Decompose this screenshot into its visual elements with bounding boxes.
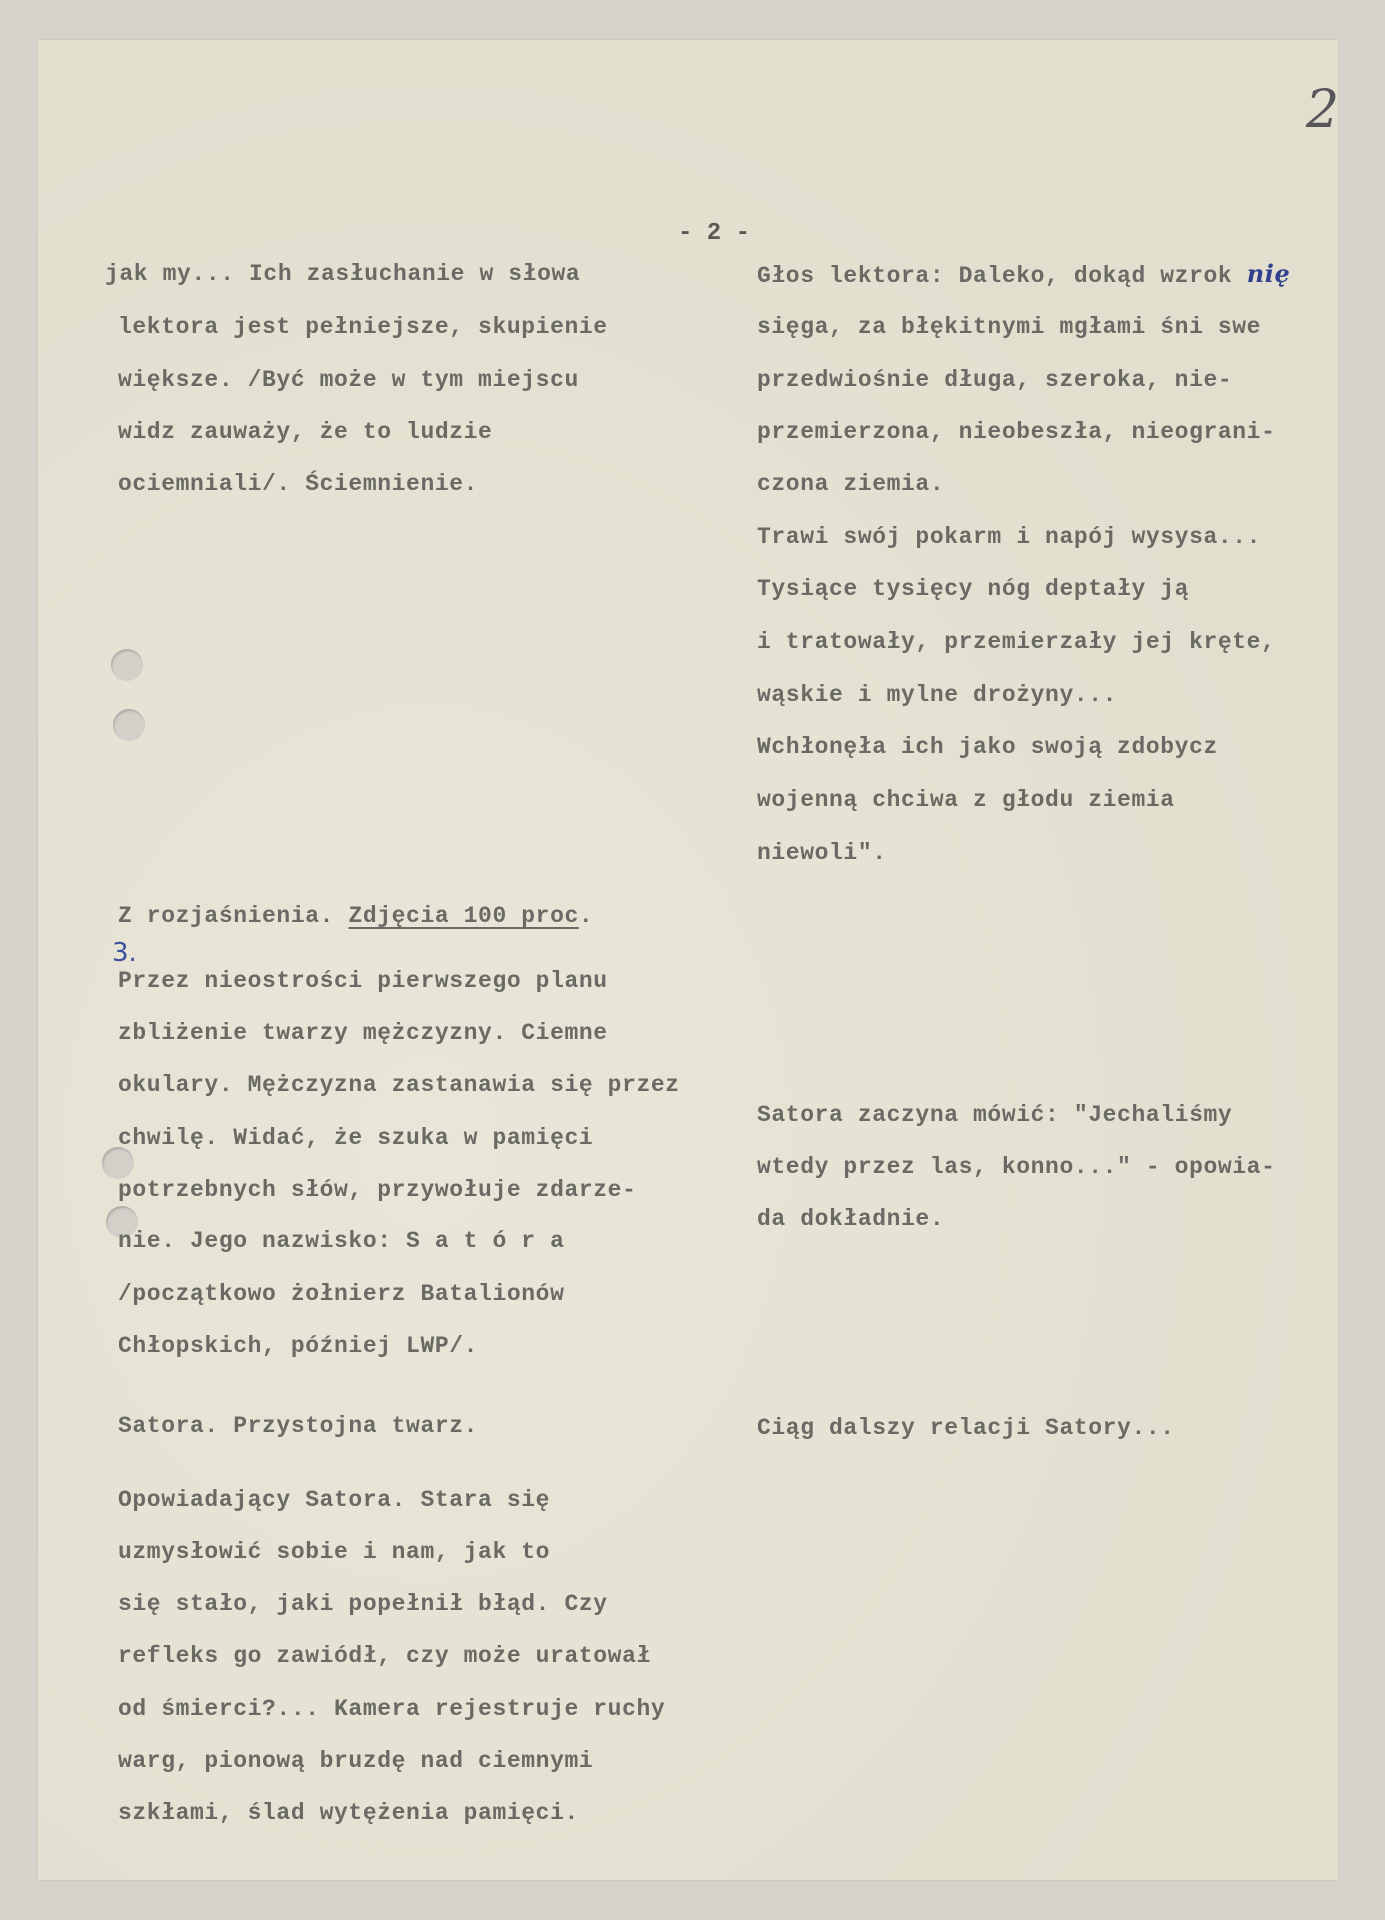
- left-line: Przez nieostrości pierwszego planu: [118, 967, 608, 995]
- left-line: /początkowo żołnierz Batalionów: [118, 1280, 564, 1308]
- heading-underlined: Zdjęcia 100 proc: [348, 903, 578, 929]
- left-line: chwilę. Widać, że szuka w pamięci: [118, 1124, 593, 1152]
- right-line: przedwiośnie długa, szeroka, nie-: [757, 366, 1232, 394]
- heading-suffix: .: [579, 903, 593, 929]
- left-line: warg, pionową bruzdę nad ciemnymi: [118, 1747, 593, 1775]
- right-line: niewoli".: [757, 839, 887, 867]
- right-line: wąskie i mylne drożyny...: [757, 681, 1117, 709]
- left-line: lektora jest pełniejsze, skupienie: [118, 313, 608, 341]
- right-line: wtedy przez las, konno..." - opowia-: [757, 1153, 1275, 1181]
- left-line: szkłami, ślad wytężenia pamięci.: [118, 1799, 579, 1827]
- left-line: uzmysłowić sobie i nam, jak to: [118, 1538, 550, 1566]
- right-line: sięga, za błękitnymi mgłami śni swe: [757, 313, 1261, 341]
- left-line: większe. /Być może w tym miejscu: [118, 366, 579, 394]
- handwritten-correction: nię: [1247, 259, 1291, 288]
- typewritten-page: 2 - 2 - jak my... Ich zasłuchanie w słow…: [38, 40, 1338, 1880]
- section-number: 3.: [112, 938, 137, 968]
- typed-page-number: - 2 -: [678, 220, 750, 247]
- left-line: Satora. Przystojna twarz.: [118, 1412, 478, 1440]
- right-line: Ciąg dalszy relacji Satory...: [757, 1414, 1175, 1442]
- left-line: się stało, jaki popełnił błąd. Czy: [118, 1590, 608, 1618]
- right-line: Tysiące tysięcy nóg deptały ją: [757, 575, 1189, 603]
- left-line: nie. Jego nazwisko: S a t ó r a: [118, 1227, 564, 1255]
- punch-hole: [113, 709, 145, 741]
- right-line: Głos lektora: Daleko, dokąd wzrok nię: [757, 260, 1290, 290]
- right-line: Satora zaczyna mówić: "Jechaliśmy: [757, 1101, 1232, 1129]
- left-line: potrzebnych słów, przywołuje zdarze-: [118, 1176, 636, 1204]
- left-line: zbliżenie twarzy mężczyzny. Ciemne: [118, 1019, 608, 1047]
- left-line: od śmierci?... Kamera rejestruje ruchy: [118, 1695, 665, 1723]
- heading-text: Z rozjaśnienia.: [118, 903, 348, 929]
- handwritten-page-number: 2: [1306, 80, 1339, 140]
- right-line: wojenną chciwa z głodu ziemia: [757, 786, 1175, 814]
- left-line: refleks go zawiódł, czy może uratował: [118, 1642, 651, 1670]
- right-line: przemierzona, nieobeszła, nieograni-: [757, 418, 1275, 446]
- right-line: czona ziemia.: [757, 470, 944, 498]
- right-line: Trawi swój pokarm i napój wysysa...: [757, 523, 1261, 551]
- section-heading: Z rozjaśnienia. Zdjęcia 100 proc.: [118, 902, 593, 930]
- left-line: Chłopskich, później LWP/.: [118, 1332, 478, 1360]
- left-line: okulary. Mężczyzna zastanawia się przez: [118, 1071, 680, 1099]
- left-line: Opowiadający Satora. Stara się: [118, 1486, 550, 1514]
- punch-hole: [111, 649, 143, 681]
- left-line: jak my... Ich zasłuchanie w słowa: [105, 260, 580, 288]
- right-line: Wchłonęła ich jako swoją zdobycz: [757, 733, 1218, 761]
- left-line: widz zauważy, że to ludzie: [118, 418, 492, 446]
- right-line: i tratowały, przemierzały jej kręte,: [757, 628, 1275, 656]
- right-line: da dokładnie.: [757, 1205, 944, 1233]
- left-line: ociemniali/. Ściemnienie.: [118, 470, 478, 498]
- lector-intro: Głos lektora: Daleko, dokąd wzrok: [757, 263, 1247, 289]
